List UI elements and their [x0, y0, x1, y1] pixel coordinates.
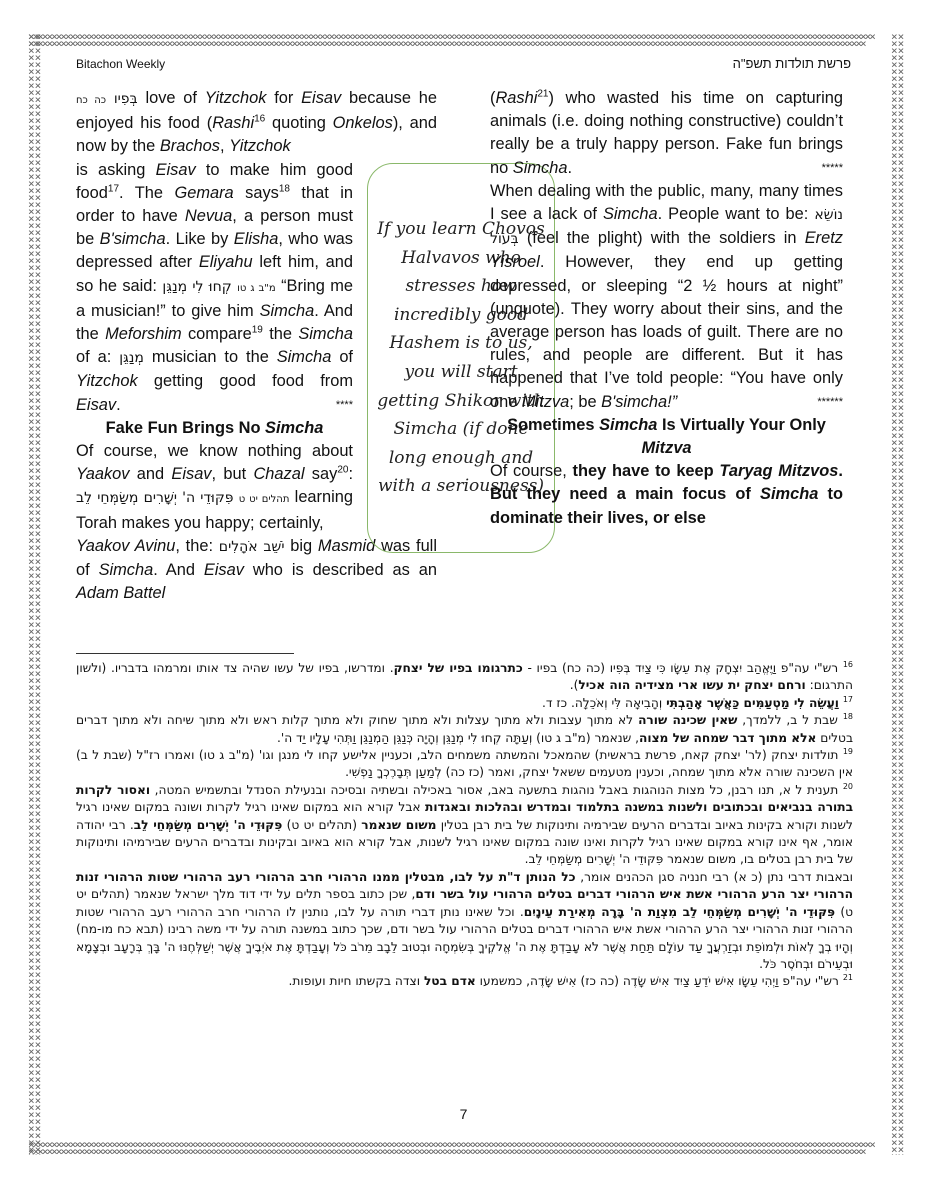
footnote-16: 16 רש"י עה"פ וַיֶּאֱהַב יִצְחָק אֶת עֵשָ… — [76, 660, 853, 695]
footnote-ref[interactable]: 18 — [279, 183, 290, 194]
footnote-18: 18 שבת ל ב, ללמדך, שאין שכינה שורה לא מת… — [76, 712, 853, 747]
footnote-ref[interactable]: 16 — [254, 114, 265, 125]
paragraph: כה כח בְּפִיו love of Yitzchok for Eisav… — [76, 87, 437, 159]
page-number: 7 — [0, 1106, 927, 1122]
footnote-21: 21 רש"י עה"פ וַיְהִי עֵשָׂו אִישׁ יֹדֵעַ… — [76, 973, 853, 990]
footnote-ref[interactable]: 19 — [252, 325, 263, 336]
footnote-17: 17 וַעֲשֵׂה לִי מַטְעַמִּים כַּאֲשֶׁר אָ… — [76, 695, 853, 712]
footnotes: 16 רש"י עה"פ וַיֶּאֱהַב יִצְחָק אֶת עֵשָ… — [76, 660, 853, 991]
paragraph: (Rashi21) who wasted his time on capturi… — [490, 87, 843, 180]
right-column: (Rashi21) who wasted his time on capturi… — [490, 87, 843, 530]
footnote-20-cont: ובאבות דרבי נתן (כ א) רבי חנניה סגן הכהנ… — [76, 869, 853, 973]
publication-title: Bitachon Weekly — [76, 57, 165, 71]
paragraph: is asking Eisav to make him good food17.… — [76, 159, 353, 417]
border-top: ××××××××××××××××××××××××××××××××××××××××… — [28, 33, 905, 47]
border-right: ××××××××××××××××××××××××××××××××××××××××… — [891, 33, 905, 1155]
paragraph: Of course, we know nothing about Yaakov … — [76, 440, 353, 535]
border-bottom: ××××××××××××××××××××××××××××××××××××××××… — [28, 1141, 905, 1155]
footnote-20: 20 תענית ל א, תנו רבנן, כל מצות הנוהגות … — [76, 782, 853, 869]
paragraph: Of course, they have to keep Taryag Mitz… — [490, 460, 843, 530]
section-separator: **** — [336, 394, 353, 417]
footnote-divider — [76, 653, 294, 654]
footnote-ref[interactable]: 20 — [337, 465, 348, 476]
paragraph: When dealing with the public, many, many… — [490, 180, 843, 414]
section-heading: Fake Fun Brings No Simcha — [76, 417, 353, 440]
border-left: ××××××××××××××××××××××××××××××××××××××××… — [28, 33, 42, 1155]
footnote-ref[interactable]: 17 — [108, 183, 119, 194]
section-heading: Sometimes Simcha Is Virtually Your Only … — [490, 414, 843, 460]
footnote-ref[interactable]: 21 — [537, 89, 548, 100]
section-separator: ***** — [822, 157, 843, 180]
section-separator: ****** — [817, 391, 843, 414]
footnote-19: 19 תולדות יצחק (לר' יצחק קאח, פרשת בראשי… — [76, 747, 853, 782]
parsha-title: פרשת תולדות תשפ"ה — [733, 56, 851, 71]
